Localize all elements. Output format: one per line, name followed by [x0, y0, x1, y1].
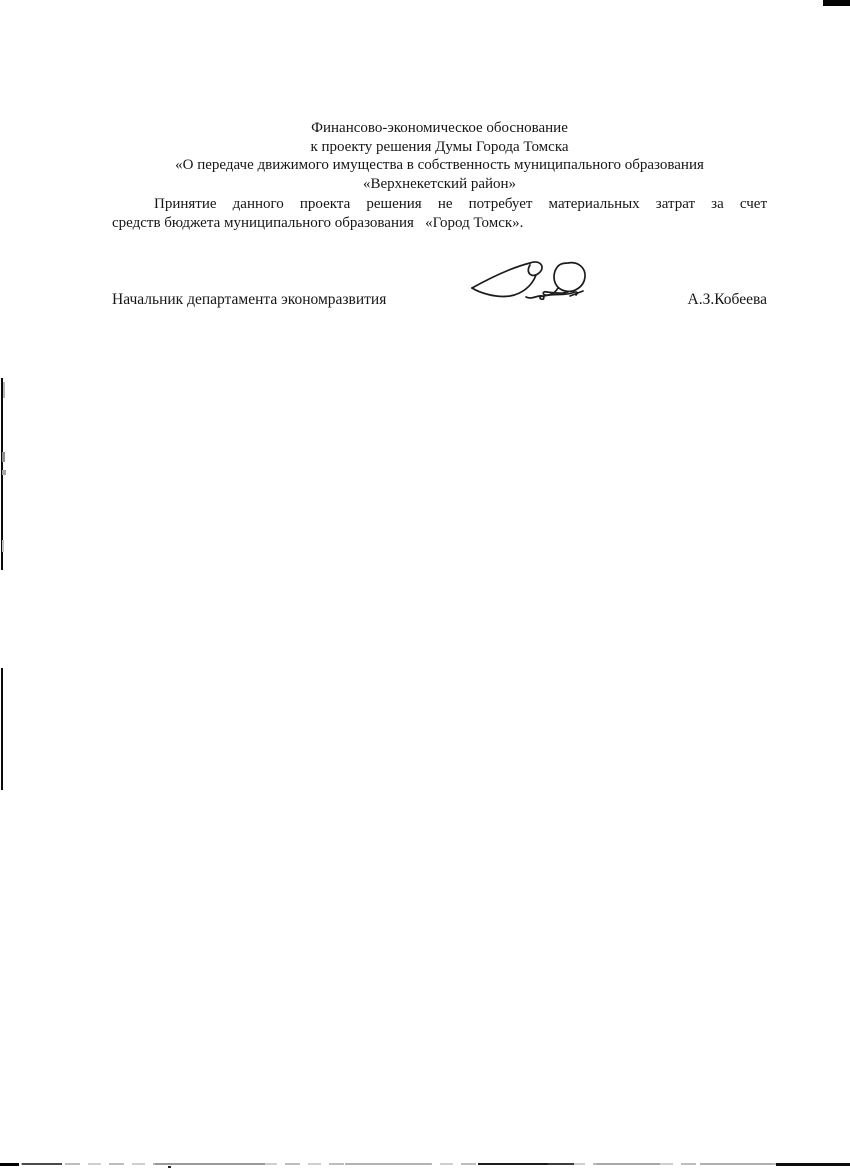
scan-artifact-bottom-dash [22, 1163, 62, 1165]
scan-artifact-bottom-dash [700, 1163, 772, 1165]
scan-artifact-bottom-dash [596, 1163, 660, 1165]
document-body: Финансово-экономическое обоснование к пр… [112, 119, 767, 232]
signatory-title: Начальник департамента экономразвития [112, 291, 386, 309]
scan-artifact-bottom-dash [155, 1163, 265, 1165]
scan-artifact-bottom-dash [0, 1163, 19, 1166]
scan-artifact-left-edge-line-lower [1, 668, 3, 790]
scanned-document-page: Финансово-экономическое обоснование к пр… [0, 0, 850, 1170]
document-title-line-1: Финансово-экономическое обоснование [112, 119, 767, 138]
document-title-line-4: «Верхнекетский район» [112, 175, 767, 194]
scan-artifact-top-right-mark [823, 0, 850, 6]
document-title-line-3: «О передаче движимого имущества в собств… [112, 156, 767, 175]
signoff-row: Начальник департамента экономразвития А.… [112, 291, 767, 309]
document-title-line-2: к проекту решения Думы Города Томска [112, 138, 767, 157]
paragraph-line-1: Принятие данного проекта решения не потр… [112, 195, 767, 214]
scan-artifact-edge-smudge [2, 540, 4, 552]
scan-artifact-bottom-dash [776, 1163, 850, 1166]
scan-artifact-left-edge-line-upper [1, 378, 3, 570]
scan-artifact-bottom-dash [548, 1163, 574, 1165]
scan-artifact-bottom-dash [345, 1163, 431, 1165]
body-paragraph: Принятие данного проекта решения не потр… [112, 195, 767, 232]
scan-artifact-bottom-dashed-line [0, 1163, 850, 1165]
paragraph-line-2: средств бюджета муниципального образован… [112, 214, 767, 233]
scan-artifact-edge-smudge [3, 382, 5, 398]
scan-artifact-bottom-dash [478, 1163, 548, 1165]
scan-artifact-bottom-dot [168, 1166, 171, 1168]
scan-artifact-edge-smudge [2, 452, 5, 462]
scan-artifact-edge-smudge [2, 470, 6, 475]
signatory-name: А.З.Кобеева [688, 291, 767, 309]
